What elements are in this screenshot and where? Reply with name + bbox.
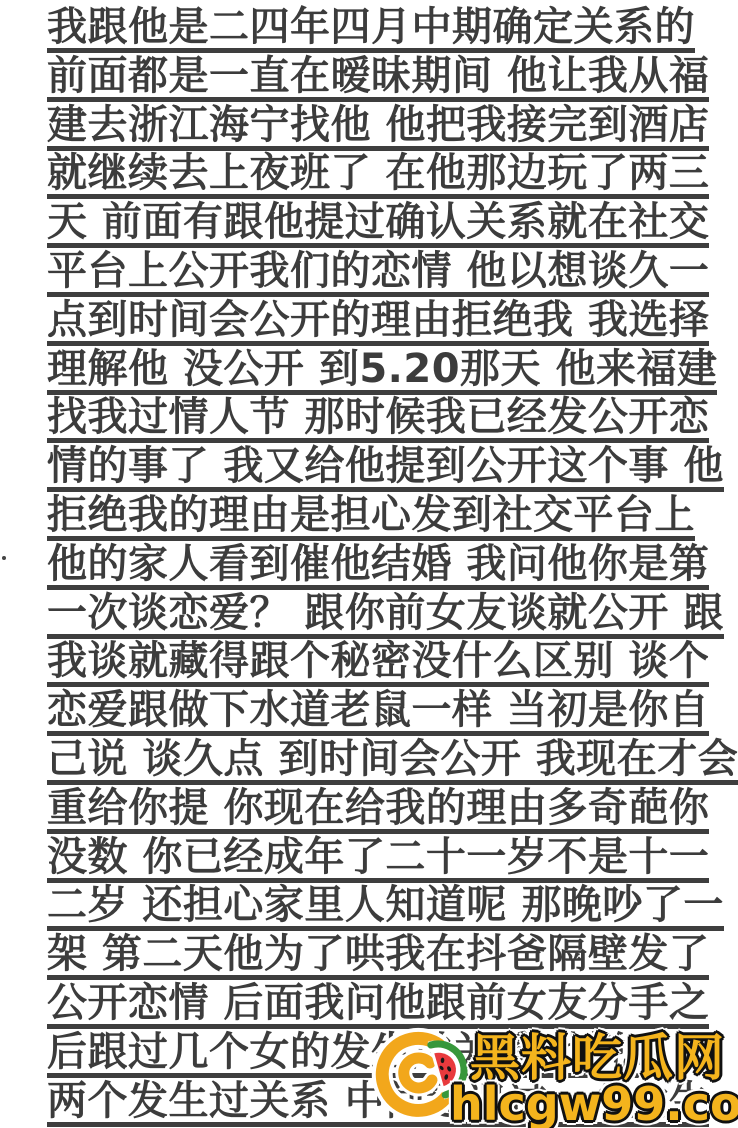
text-line: 重给你提 你现在给我的理由多奇葩你 (47, 786, 709, 834)
text-line: 前面都是一直在暧昧期间 他让我从福 (47, 54, 709, 102)
text-line: 情的事了 我又给他提到公开这个事 他 (47, 444, 724, 492)
text-line: 建去浙江海宁找他 他把我接完到酒店 (47, 103, 709, 151)
text-line: 我跟他是二四年四月中期确定关系的 (47, 5, 695, 53)
text-line: 架 第二天他为了哄我在抖爸隔壁发了 (47, 932, 709, 980)
text-line: 一次谈恋爱？ 跟你前女友谈就公开 跟 (47, 591, 724, 639)
watermark: 黑料吃瓜网 hlcgw99.com (366, 1020, 738, 1128)
text-line: 恋爱跟做下水道老鼠一样 当初是你自 (47, 688, 709, 736)
text-line: 平台上公开我们的恋情 他以想谈久一 (47, 249, 709, 297)
text-line: 找我过情人节 那时候我已经发公开恋 (47, 395, 709, 443)
text-line: 就继续去上夜班了 在他那边玩了两三 (47, 151, 709, 199)
text-line: 拒绝我的理由是担心发到社交平台上 (47, 493, 695, 541)
post-text-block: 我跟他是二四年四月中期确定关系的 前面都是一直在暧昧期间 他让我从福 建去浙江海… (47, 5, 738, 1127)
text-line: 点到时间会公开的理由拒绝我 我选择 (47, 298, 709, 346)
text-line: 我谈就藏得跟个秘密没什么区别 谈个 (47, 639, 709, 687)
watermark-site-url: hlcgw99.com (450, 1077, 738, 1128)
text-line: 没数 你已经成年了二十一岁不是十一 (47, 835, 709, 883)
text-line: 他的家人看到催他结婚 我问他你是第 (47, 542, 709, 590)
text-line: 理解他 没公开 到5.20那天 他来福建 (47, 347, 717, 395)
text-line: 天 前面有跟他提过确认关系就在社交 (47, 200, 709, 248)
post-screenshot: { "page": { "width": 738, "height": 1128… (0, 0, 738, 1128)
text-line: 己说 谈久点 到时间会公开 我现在才会 (47, 737, 738, 785)
stray-dot-artifact (2, 556, 6, 560)
text-line: 二岁 还担心家里人知道呢 那晚吵了一 (47, 883, 724, 931)
